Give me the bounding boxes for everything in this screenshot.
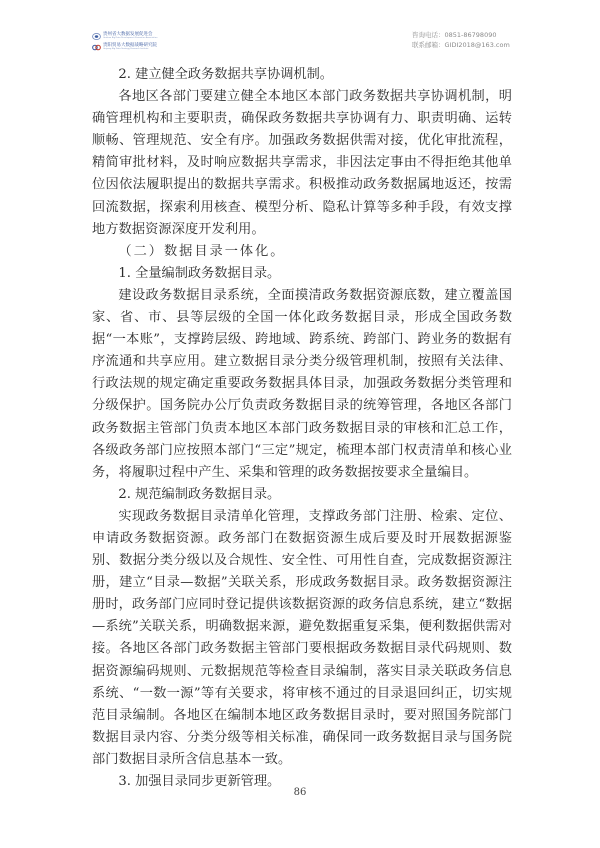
section-heading-catalog: （二）数据目录一体化。 <box>92 241 512 263</box>
logo-association: 贵州省大数据发展促进会 Guizhou Big Data Development… <box>92 31 164 41</box>
header-contact: 咨询电话：0851-86798090 联系邮箱：GIDI2018@163.com <box>412 30 510 50</box>
paragraph-full-catalog: 建设政务数据目录系统，全面摸清政务数据资源底数，建立覆盖国家、省、市、县等层级的… <box>92 285 512 484</box>
email-address: GIDI2018@163.com <box>445 41 510 49</box>
page-number: 86 <box>0 787 600 798</box>
logo-association-subtitle: Guizhou Big Data Development Promotion A… <box>103 37 157 39</box>
institute-logo-icon <box>92 44 101 51</box>
contact-phone: 咨询电话：0851-86798090 <box>412 30 510 40</box>
email-label: 联系邮箱： <box>412 41 445 49</box>
paragraph-standard-catalog: 实现政务数据目录清单化管理，支撑政务部门注册、检索、定位、申请政务数据资源。政务… <box>92 506 512 771</box>
document-body: 2. 建立健全政务数据共享协调机制。 各地区各部门要建立健全本地区本部门政务数据… <box>92 64 512 793</box>
contact-email: 联系邮箱：GIDI2018@163.com <box>412 40 510 50</box>
logo-institute: 贵阳贸易大数据战略研究院 Guiyang Big Data Strategy R… <box>92 42 164 52</box>
association-logo-icon <box>92 33 101 40</box>
subheading-standard-catalog: 2. 规范编制政务数据目录。 <box>92 484 512 506</box>
phone-label: 咨询电话： <box>412 31 445 39</box>
phone-number: 0851-86798090 <box>445 31 497 39</box>
subheading-full-catalog: 1. 全量编制政务数据目录。 <box>92 263 512 285</box>
logo-institute-subtitle: Guiyang Big Data Strategy Research Insti… <box>103 48 157 50</box>
paragraph-sharing-mechanism: 各地区各部门要建立健全本地区本部门政务数据共享协调机制，明确管理机构和主要职责，… <box>92 86 512 241</box>
subheading-sharing-mechanism: 2. 建立健全政务数据共享协调机制。 <box>92 64 512 86</box>
header-logos: 贵州省大数据发展促进会 Guizhou Big Data Development… <box>92 31 164 53</box>
